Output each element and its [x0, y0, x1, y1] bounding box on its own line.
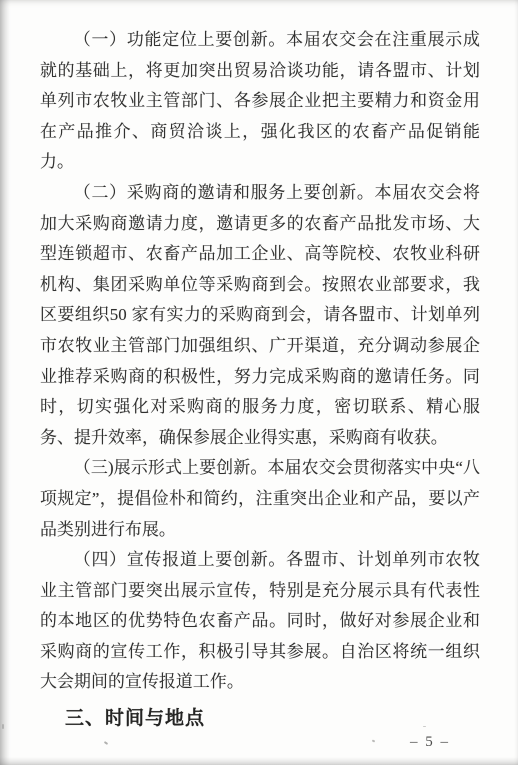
scan-speck — [2, 724, 4, 729]
paragraph-innovation-publicity: （四）宣传报道上要创新。各盟市、计划单列市农牧业主管部门要突出展示宣传，特别是充… — [40, 545, 480, 698]
section-heading-time-and-place: 三、时间与地点 — [40, 703, 480, 735]
document-body: （一）功能定位上要创新。本届农交会在注重展示成就的基础上，将更加突出贸易洽谈功能… — [40, 25, 480, 735]
scan-edge-shadow-bottom — [0, 757, 518, 765]
scan-speck — [372, 739, 376, 742]
scan-speck — [104, 741, 108, 745]
paragraph-innovation-buyers: （二）采购商的邀请和服务上要创新。本届农交会将加大采购商邀请力度，邀请更多的农畜… — [40, 178, 480, 453]
paragraph-innovation-function: （一）功能定位上要创新。本届农交会在注重展示成就的基础上，将更加突出贸易洽谈功能… — [40, 25, 480, 178]
document-page: （一）功能定位上要创新。本届农交会在注重展示成就的基础上，将更加突出贸易洽谈功能… — [0, 0, 518, 765]
scan-edge-shadow-left — [0, 0, 10, 765]
paragraph-innovation-exhibit-format: （三)展示形式上要创新。本届农交会贯彻落实中央“八项规定”，提倡俭朴和简约，注重… — [40, 453, 480, 545]
page-number: – 5 – — [410, 734, 450, 751]
